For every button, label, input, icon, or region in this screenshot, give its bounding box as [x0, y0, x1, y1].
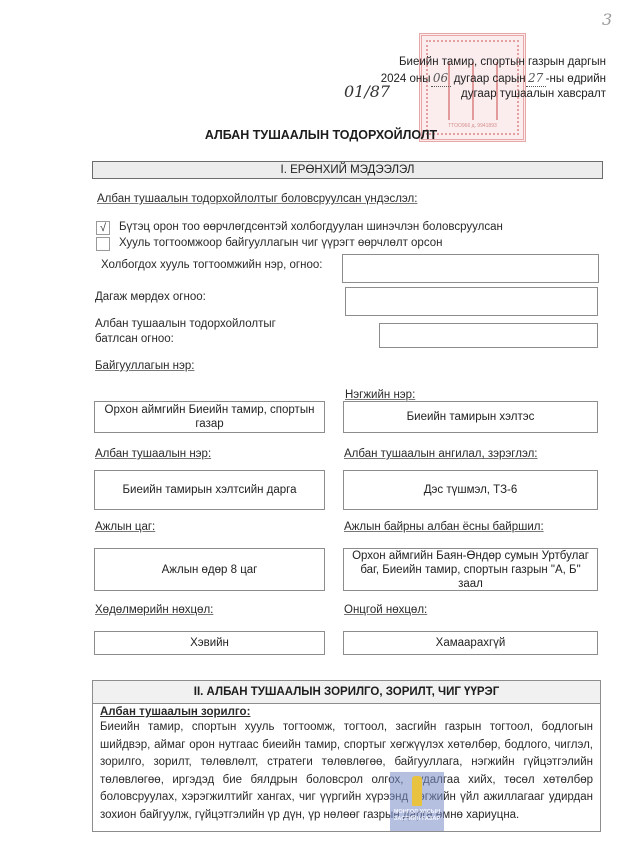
page-number: 3 — [602, 10, 612, 29]
government-emblem-watermark: МОНГОЛ УЛСЫН ЗАСГИЙН ГАЗАР — [390, 772, 444, 831]
section-1-heading: I. ЕРӨНХИЙ МЭДЭЭЛЭЛ — [92, 161, 603, 179]
special-conditions-box: Хамаарахгүй — [343, 631, 598, 655]
annex-line-3: дугаар тушаалын хавсралт — [461, 86, 606, 102]
order-number: 01/87 — [344, 82, 390, 101]
purpose-label: Албан тушаалын зорилго: — [93, 704, 600, 719]
section-2: II. АЛБАН ТУШААЛЫН ЗОРИЛГО, ЗОРИЛТ, ЧИГ … — [92, 680, 601, 832]
org-label: Байгууллагын нэр: — [95, 360, 194, 372]
annex-day-text: -ны өдрийн — [546, 73, 606, 85]
class-box: Дэс түшмэл, ТЗ-6 — [343, 470, 598, 510]
hours-label: Ажлын цаг: — [95, 521, 155, 533]
annex-day: 27 — [526, 70, 546, 87]
location-label: Ажлын байрны албан ёсны байршил: — [344, 521, 544, 533]
hours-box: Ажлын өдөр 8 цаг — [94, 548, 325, 591]
basis-label: Албан тушаалын тодорхойлолтыг боловсруул… — [97, 193, 417, 205]
law-label: Холбогдох хууль тогтоомжийн нэр, огноо: — [101, 259, 322, 271]
approved-date-field[interactable] — [379, 323, 598, 348]
annex-month: 06 — [431, 70, 451, 87]
approved-date-label-2: батлсан огноо: — [95, 333, 174, 345]
option-1-label: Бүтэц орон тоо өөрчлөгдсөнтэй холбогдуул… — [119, 221, 503, 233]
location-box: Орхон аймгийн Баян-Өндөр сумын Уртбулаг … — [343, 548, 598, 591]
purpose-text: Биеийн тамир, спортын хууль тогтоомж, то… — [93, 719, 600, 825]
position-name-box: Биеийн тамирын хэлтсийн дарга — [94, 470, 325, 510]
special-conditions-label: Онцгой нөхцөл: — [344, 604, 427, 616]
emblem-caption-2: ЗАСГИЙН ГАЗАР — [390, 816, 444, 823]
approved-date-label-1: Албан тушаалын тодорхойлолтыг — [95, 318, 276, 330]
unit-name-box: Биеийн тамирын хэлтэс — [343, 401, 598, 433]
annex-line-1: Биеийн тамир, спортын газрын даргын — [399, 54, 606, 70]
position-label: Албан тушаалын нэр: — [95, 448, 211, 460]
option-2-checkbox[interactable] — [96, 237, 110, 251]
org-name-box: Орхон аймгийн Биеийн тамир, спортын газа… — [94, 401, 325, 433]
annex-month-text: дугаар сарын — [454, 73, 526, 85]
section-2-heading: II. АЛБАН ТУШААЛЫН ЗОРИЛГО, ЗОРИЛТ, ЧИГ … — [93, 681, 600, 704]
option-1-checkbox[interactable]: √ — [96, 221, 110, 235]
class-label: Албан тушаалын ангилал, зэрэглэл: — [344, 448, 537, 460]
unit-label: Нэгжийн нэр: — [345, 389, 415, 401]
emblem-caption-1: МОНГОЛ УЛСЫН — [390, 809, 444, 816]
effective-date-field[interactable] — [345, 287, 598, 316]
option-2-label: Хууль тогтоомжоор байгууллагын чиг үүрэг… — [119, 237, 442, 249]
document-title: АЛБАН ТУШААЛЫН ТОДОРХОЙЛОЛТ — [0, 128, 642, 142]
effective-date-label-text: Дагаж мөрдөх огноо: — [95, 291, 206, 303]
soyombo-icon — [412, 776, 422, 806]
annex-line-2: 2024 оны06 дугаар сарын27-ны өдрийн — [381, 70, 606, 87]
conditions-box: Хэвийн — [94, 631, 325, 655]
law-field[interactable] — [342, 254, 599, 283]
conditions-label: Хөдөлмөрийн нөхцөл: — [95, 604, 213, 616]
